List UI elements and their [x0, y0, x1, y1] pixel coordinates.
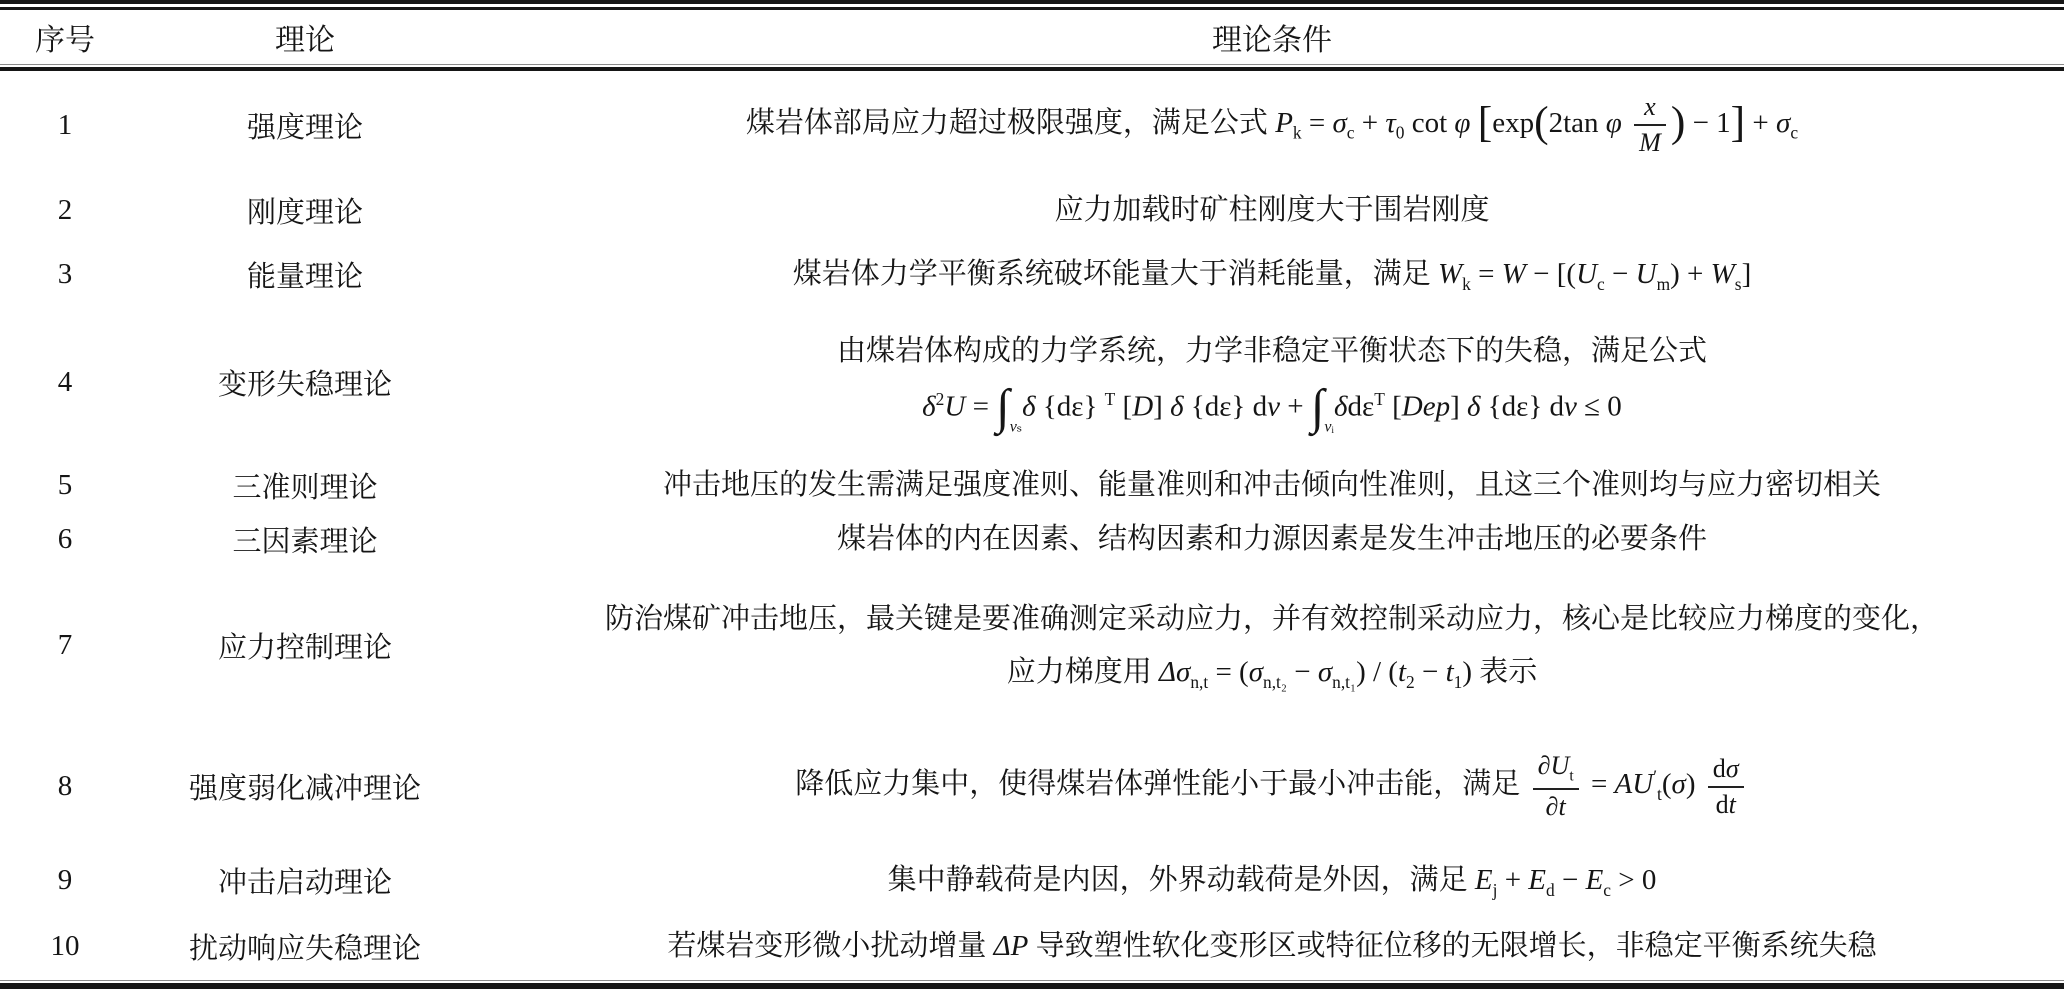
math-i: v [1267, 390, 1280, 422]
math-big: [ [1478, 98, 1493, 146]
math-sub: vₛ [1010, 418, 1022, 435]
math-i: M [1639, 128, 1661, 157]
math-sub: n,t₂ [1263, 672, 1287, 692]
theory-condition: 防治煤矿冲击地压，最关键是要准确测定采动应力，并有效控制采动应力，核心是比较应力… [480, 593, 2064, 699]
theory-name: 强度弱化减冲理论 [130, 766, 480, 807]
fraction: xM [1634, 92, 1666, 158]
math-sub: c [1603, 880, 1611, 900]
table-row: 1强度理论煤岩体部局应力超过极限强度，满足公式 Pk = σc + τ0 cot… [0, 71, 2064, 179]
table-row: 9冲击启动理论集中静载荷是内因，外界动载荷是外因，满足 Ej + Ed − Ec… [0, 848, 2064, 914]
header-divider-rule [0, 64, 2064, 71]
math-i: Dep [1402, 390, 1450, 422]
table-row: 4变形失稳理论由煤岩体构成的力学系统，力学非稳定平衡状态下的失稳，满足公式δ2U… [0, 307, 2064, 457]
fraction: ∂Ut∂t [1533, 751, 1579, 822]
math-sub: vᵢ [1324, 418, 1334, 435]
math-i: W [1711, 258, 1735, 290]
condition-line: 煤岩体力学平衡系统破坏能量大于消耗能量，满足 Wk = W − [(Uc − U… [494, 248, 2050, 301]
condition-line: 降低应力集中，使得煤岩体弹性能小于最小冲击能，满足 ∂Ut∂t = AU′t(σ… [494, 747, 2050, 826]
theory-name: 强度理论 [130, 105, 480, 146]
theory-condition: 煤岩体的内在因素、结构因素和力源因素是发生冲击地压的必要条件 [480, 513, 2064, 566]
table-header-row: 序号 理论 理论条件 [0, 10, 2064, 64]
math-i: E [1528, 864, 1546, 896]
math-i: U [1576, 258, 1597, 290]
condition-line: δ2U = ∫vₛδ {dε} T [D] δ {dε} dv + ∫vᵢδdε… [494, 378, 2050, 440]
theory-name: 能量理论 [130, 254, 480, 295]
math-sub: t [1657, 785, 1662, 805]
math-i: δ [1022, 390, 1035, 422]
row-serial-number: 7 [0, 629, 130, 662]
math-i: t [1729, 790, 1736, 819]
fraction: dσdt [1708, 754, 1744, 820]
math-i: t [1558, 792, 1565, 821]
row-serial-number: 5 [0, 469, 130, 502]
theory-name: 三准则理论 [130, 465, 480, 506]
theory-name: 刚度理论 [130, 190, 480, 231]
math-sub: n,t [1190, 672, 1208, 692]
math-sub: k [1293, 123, 1302, 143]
bottom-rule [0, 980, 2064, 989]
math-i: τ [1385, 107, 1395, 139]
math-i: P [1275, 107, 1293, 139]
theory-condition: 冲击地压的发生需满足强度准则、能量准则和冲击倾向性准则，且这三个准则均与应力密切… [480, 459, 2064, 512]
math-i: σ [1776, 107, 1790, 139]
table-row: 2刚度理论应力加载时矿柱刚度大于围岩刚度 [0, 179, 2064, 241]
theory-condition: 煤岩体部局应力超过极限强度，满足公式 Pk = σc + τ0 cot φ [e… [480, 88, 2064, 162]
table-body: 1强度理论煤岩体部局应力超过极限强度，满足公式 Pk = σc + τ0 cot… [0, 71, 2064, 980]
math-i: ΔP [994, 930, 1029, 962]
math-sub: j [1493, 880, 1498, 900]
math-i: σ [1726, 754, 1739, 783]
math-i: δ [1170, 390, 1183, 422]
table-row: 5三准则理论冲击地压的发生需满足强度准则、能量准则和冲击倾向性准则，且这三个准则… [0, 457, 2064, 513]
theory-condition: 若煤岩变形微小扰动增量 ΔP 导致塑性软化变形区或特征位移的无限增长，非稳定平衡… [480, 920, 2064, 973]
condition-line: 由煤岩体构成的力学系统，力学非稳定平衡状态下的失稳，满足公式 [494, 325, 2050, 378]
math-i: v [1324, 418, 1331, 435]
row-serial-number: 3 [0, 258, 130, 291]
table-row: 10扰动响应失稳理论若煤岩变形微小扰动增量 ΔP 导致塑性软化变形区或特征位移的… [0, 914, 2064, 980]
math-sub: c [1347, 123, 1355, 143]
math-i: Δσ [1159, 656, 1190, 688]
table-row: 7应力控制理论防治煤矿冲击地压，最关键是要准确测定采动应力，并有效控制采动应力，… [0, 566, 2064, 726]
math-sub: t [1569, 768, 1573, 785]
math-i: σ [1249, 656, 1263, 688]
math-sub: 2 [1406, 672, 1415, 692]
row-serial-number: 2 [0, 194, 130, 227]
top-rule [0, 0, 2064, 10]
math-i: δ [922, 390, 935, 422]
math-i: E [1475, 864, 1493, 896]
math-i: v [1010, 418, 1017, 435]
math-sub: s [1735, 273, 1742, 293]
condition-line: 煤岩体部局应力超过极限强度，满足公式 Pk = σc + τ0 cot φ [e… [494, 88, 2050, 162]
math-i: t [1398, 656, 1406, 688]
math-sub: 1 [1454, 672, 1463, 692]
theory-name: 扰动响应失稳理论 [130, 926, 480, 967]
theory-condition: 应力加载时矿柱刚度大于围岩刚度 [480, 184, 2064, 237]
theory-name: 变形失稳理论 [130, 362, 480, 403]
row-serial-number: 1 [0, 109, 130, 142]
integral-symbol: ∫ [996, 379, 1010, 434]
math-big: ] [1731, 98, 1746, 146]
math-i: U [1550, 751, 1569, 780]
math-i: x [1644, 92, 1656, 121]
table-row: 6三因素理论煤岩体的内在因素、结构因素和力源因素是发生冲击地压的必要条件 [0, 513, 2064, 566]
table-row: 3能量理论煤岩体力学平衡系统破坏能量大于消耗能量，满足 Wk = W − [(U… [0, 241, 2064, 307]
math-sub: 0 [1396, 123, 1405, 143]
math-i: U [944, 390, 965, 422]
header-theory-condition: 理论条件 [480, 15, 2064, 59]
math-i: δ [1334, 390, 1347, 422]
math-i: W [1438, 258, 1462, 290]
math-sub: d [1546, 880, 1555, 900]
condition-line: 煤岩体的内在因素、结构因素和力源因素是发生冲击地压的必要条件 [494, 513, 2050, 566]
math-i: t [1446, 656, 1454, 688]
math-sub: c [1597, 273, 1605, 293]
math-i: σ [1332, 107, 1346, 139]
math-i: φ [1606, 107, 1622, 139]
math-i: σ [1318, 656, 1332, 688]
theory-condition: 集中静载荷是内因，外界动载荷是外因，满足 Ej + Ed − Ec > 0 [480, 854, 2064, 907]
math-sub: c [1790, 123, 1798, 143]
condition-line: 防治煤矿冲击地压，最关键是要准确测定采动应力，并有效控制采动应力，核心是比较应力… [494, 593, 2050, 646]
condition-line: 应力加载时矿柱刚度大于围岩刚度 [494, 184, 2050, 237]
math-i: E [1586, 864, 1604, 896]
theory-name: 应力控制理论 [130, 625, 480, 666]
math-i: v [1564, 390, 1577, 422]
condition-line: 应力梯度用 Δσn,t = (σn,t₂ − σn,t₁) / (t2 − t1… [494, 646, 2050, 699]
math-sub: k [1462, 273, 1471, 293]
condition-line: 集中静载荷是内因，外界动载荷是外因，满足 Ej + Ed − Ec > 0 [494, 854, 2050, 907]
row-serial-number: 8 [0, 770, 130, 803]
theory-condition: 降低应力集中，使得煤岩体弹性能小于最小冲击能，满足 ∂Ut∂t = AU′t(σ… [480, 747, 2064, 826]
math-i: δ [1467, 390, 1480, 422]
row-serial-number: 6 [0, 523, 130, 556]
math-sup: T [1374, 389, 1385, 409]
row-serial-number: 4 [0, 366, 130, 399]
table-row: 8强度弱化减冲理论降低应力集中，使得煤岩体弹性能小于最小冲击能，满足 ∂Ut∂t… [0, 726, 2064, 848]
condition-line: 若煤岩变形微小扰动增量 ΔP 导致塑性软化变形区或特征位移的无限增长，非稳定平衡… [494, 920, 2050, 973]
math-i: φ [1454, 107, 1470, 139]
theory-table: 序号 理论 理论条件 1强度理论煤岩体部局应力超过极限强度，满足公式 Pk = … [0, 0, 2064, 989]
row-serial-number: 10 [0, 930, 130, 963]
math-sub: m [1657, 273, 1671, 293]
theory-condition: 煤岩体力学平衡系统破坏能量大于消耗能量，满足 Wk = W − [(Uc − U… [480, 248, 2064, 301]
math-sub: n,t₁ [1332, 672, 1356, 692]
integral-symbol: ∫ [1311, 379, 1325, 434]
math-i: AU [1615, 769, 1654, 801]
theory-condition: 由煤岩体构成的力学系统，力学非稳定平衡状态下的失稳，满足公式δ2U = ∫vₛδ… [480, 325, 2064, 439]
theory-name: 冲击启动理论 [130, 860, 480, 901]
math-i: D [1132, 390, 1153, 422]
math-big: ( [1534, 98, 1549, 146]
condition-line: 冲击地压的发生需满足强度准则、能量准则和冲击倾向性准则，且这三个准则均与应力密切… [494, 459, 2050, 512]
row-serial-number: 9 [0, 864, 130, 897]
header-theory: 理论 [130, 15, 480, 59]
theory-name: 三因素理论 [130, 519, 480, 560]
math-i: σ [1672, 769, 1686, 801]
math-i: U [1636, 258, 1657, 290]
math-big: ) [1671, 98, 1686, 146]
header-serial-number: 序号 [0, 15, 130, 59]
math-sup: T [1105, 389, 1116, 409]
math-i: W [1502, 258, 1526, 290]
